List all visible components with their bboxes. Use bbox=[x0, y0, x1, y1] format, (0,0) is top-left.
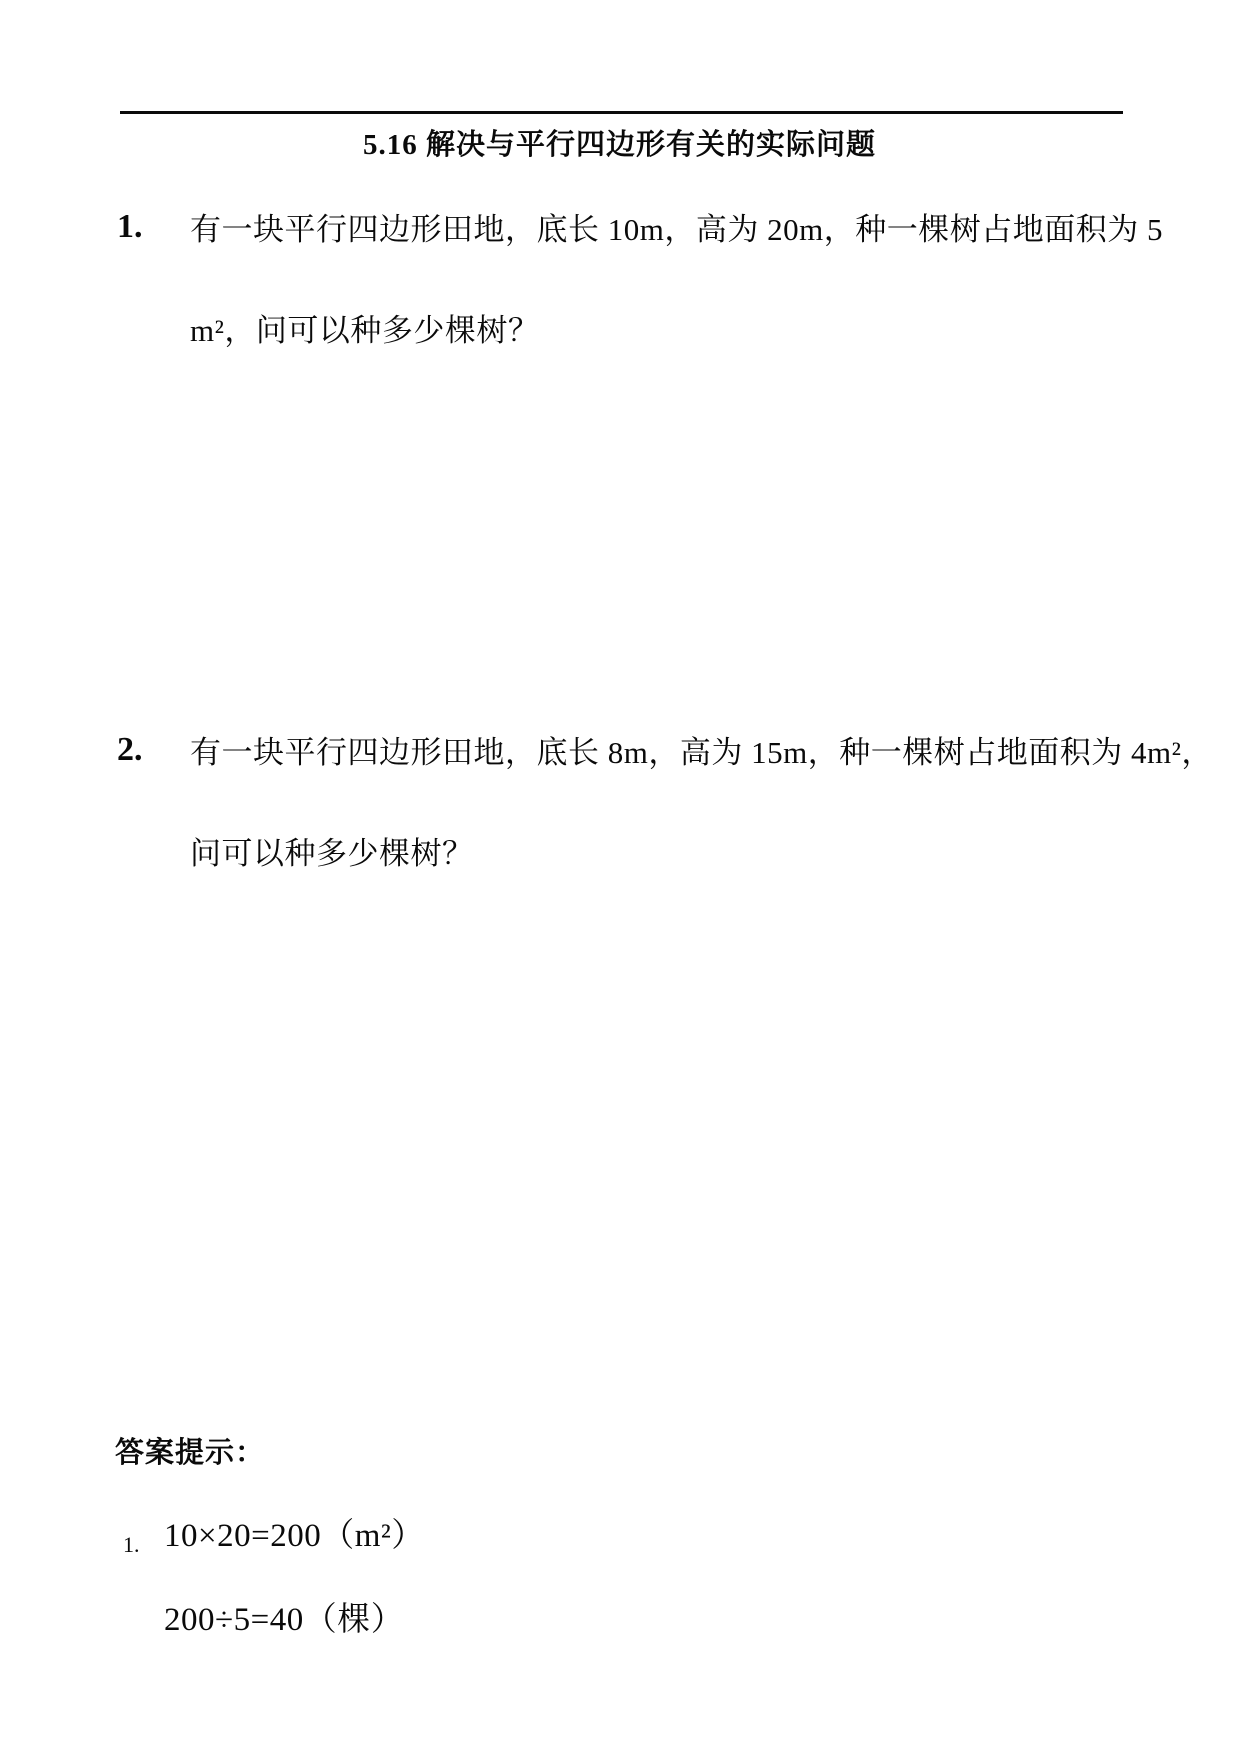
question-1-text-line-2: m²，问可以种多少棵树？ bbox=[190, 313, 539, 349]
question-2-number: 2. bbox=[117, 733, 143, 767]
answer-line-2: 200÷5=40（棵） bbox=[164, 1602, 404, 1638]
answer-item-number: 1. bbox=[123, 1534, 140, 1556]
question-1-text-line-1: 有一块平行四边形田地，底长 10m，高为 20m，种一棵树占地面积为 5 bbox=[190, 212, 1163, 248]
answer-hints-label: 答案提示： bbox=[115, 1438, 265, 1470]
question-1-number: 1. bbox=[117, 210, 143, 244]
answer-line-1: 10×20=200（m²） bbox=[164, 1518, 425, 1554]
header-rule bbox=[120, 111, 1123, 114]
question-2-text-line-1: 有一块平行四边形田地，底长 8m，高为 15m，种一棵树占地面积为 4m²， bbox=[190, 735, 1213, 771]
question-2-text-line-2: 问可以种多少棵树？ bbox=[190, 836, 474, 872]
page-title: 5.16 解决与平行四边形有关的实际问题 bbox=[363, 130, 876, 162]
worksheet-page: 5.16 解决与平行四边形有关的实际问题 1. 有一块平行四边形田地，底长 10… bbox=[0, 0, 1241, 1754]
